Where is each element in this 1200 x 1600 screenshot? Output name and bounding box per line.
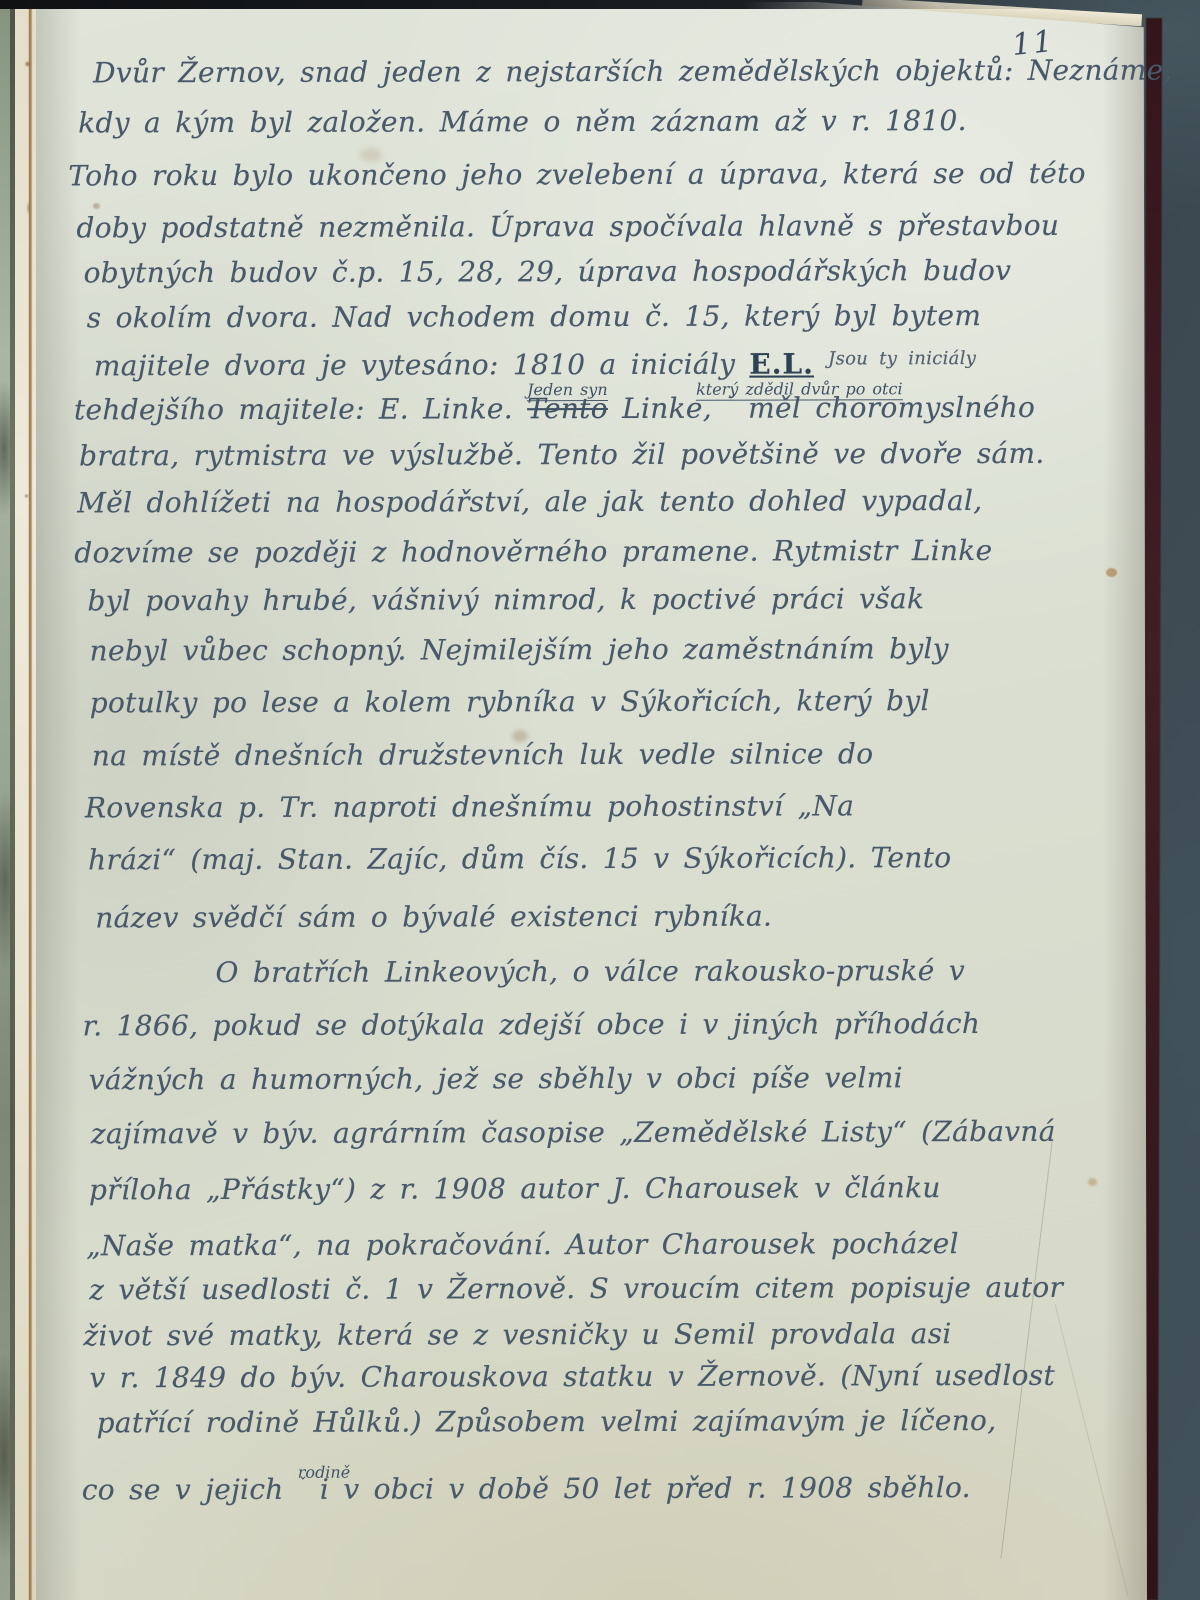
manuscript-line: život své matky, která se z vesničky u S…: [83, 1317, 951, 1352]
manuscript-line: obytných budov č.p. 15, 28, 29, úprava h…: [84, 254, 1012, 289]
manuscript-line: na místě dnešních družstevních luk vedle…: [92, 737, 874, 772]
manuscript-line: nebyl vůbec schopný. Nejmilejším jeho za…: [90, 632, 949, 667]
correction-block: rodině ˇ: [298, 1473, 306, 1506]
manuscript-line: Rovenska p. Tr. naproti dnešnímu pohosti…: [85, 789, 854, 824]
initials-EL: E.L.: [749, 347, 814, 380]
manuscript-line: „Naše matka“, na pokračování. Autor Char…: [86, 1227, 959, 1262]
manuscript-line: potulky po lese a kolem rybníka v Sýkoři…: [90, 684, 930, 719]
line-text: tehdejšího majitele: E. Linke.: [74, 392, 513, 426]
manuscript-line: hrázi“ (maj. Stan. Zajíc, dům čís. 15 v …: [88, 841, 951, 876]
manuscript-line: Toho roku bylo ukončeno jeho zvelebení a…: [68, 157, 1086, 193]
correction-block: Jeden syn Tento: [527, 392, 608, 425]
manuscript-line: příloha „Přástky“) z r. 1908 autor J. Ch…: [89, 1171, 941, 1206]
manuscript-line: doby podstatně nezměnila. Úprava spočíva…: [76, 209, 1059, 245]
chronicle-photo: 11 Dvůr Žernov, snad jeden z nejstarších…: [0, 0, 1200, 1600]
inserted-phrase-above: který zdědil dvůr po otci: [696, 379, 903, 401]
manuscript-line-with-insertion: co se v jejich rodině ˇ i v obci v době …: [82, 1471, 971, 1506]
manuscript-line: patřící rodině Hůlků.) Způsobem velmi za…: [97, 1404, 997, 1439]
manuscript-line: dozvíme se později z hodnověrného pramen…: [74, 534, 992, 569]
manuscript-line: r. 1866, pokud se dotýkala zdejší obce i…: [83, 1007, 981, 1042]
manuscript-line: byl povahy hrubé, vášnivý nimrod, k poct…: [87, 582, 924, 617]
manuscript-line: zajímavě v býv. agrárním časopise „Zeměd…: [91, 1115, 1056, 1151]
manuscript-line: název svědčí sám o bývalé existenci rybn…: [95, 900, 772, 935]
inserted-word-above: Jeden syn: [527, 380, 608, 401]
manuscript-line: Dvůr Žernov, snad jeden z nejstarších ze…: [93, 53, 1173, 89]
photo-top-shadow: [0, 0, 1200, 9]
handwriting-note: Jsou ty iniciály: [828, 348, 976, 369]
manuscript-line: vážných a humorných, jež se sběhly v obc…: [89, 1061, 903, 1096]
manuscript-line: v r. 1849 do býv. Charouskova statku v Ž…: [89, 1359, 1055, 1395]
manuscript-text: Dvůr Žernov, snad jeden z nejstarších ze…: [0, 0, 1200, 1600]
manuscript-line: Měl dohlížeti na hospodářství, ale jak t…: [77, 484, 982, 519]
manuscript-line: z větší usedlosti č. 1 v Žernově. S vrou…: [89, 1271, 1063, 1307]
line-text: majitele dvora je vytesáno: 1810 a inici…: [94, 348, 735, 383]
line-text: i v obci v době 50 let před r. 1908 sběh…: [320, 1471, 971, 1506]
manuscript-line: bratra, rytmistra ve výslužbě. Tento žil…: [79, 437, 1045, 473]
line-text: co se v jejich: [82, 1473, 284, 1507]
manuscript-line: kdy a kým byl založen. Máme o něm záznam…: [78, 104, 967, 139]
manuscript-line-paragraph-start: O bratřích Linkeových, o válce rakousko-…: [215, 954, 965, 989]
correction-block: který zdědil dvůr po otci ˇ: [726, 392, 734, 425]
inserted-word-above: rodině: [298, 1463, 350, 1482]
manuscript-line-with-corrections: tehdejšího majitele: E. Linke. Jeden syn…: [74, 391, 1035, 427]
manuscript-line-with-note: majitele dvora je vytesáno: 1810 a inici…: [94, 347, 976, 382]
manuscript-line: s okolím dvora. Nad vchodem domu č. 15, …: [87, 299, 982, 334]
